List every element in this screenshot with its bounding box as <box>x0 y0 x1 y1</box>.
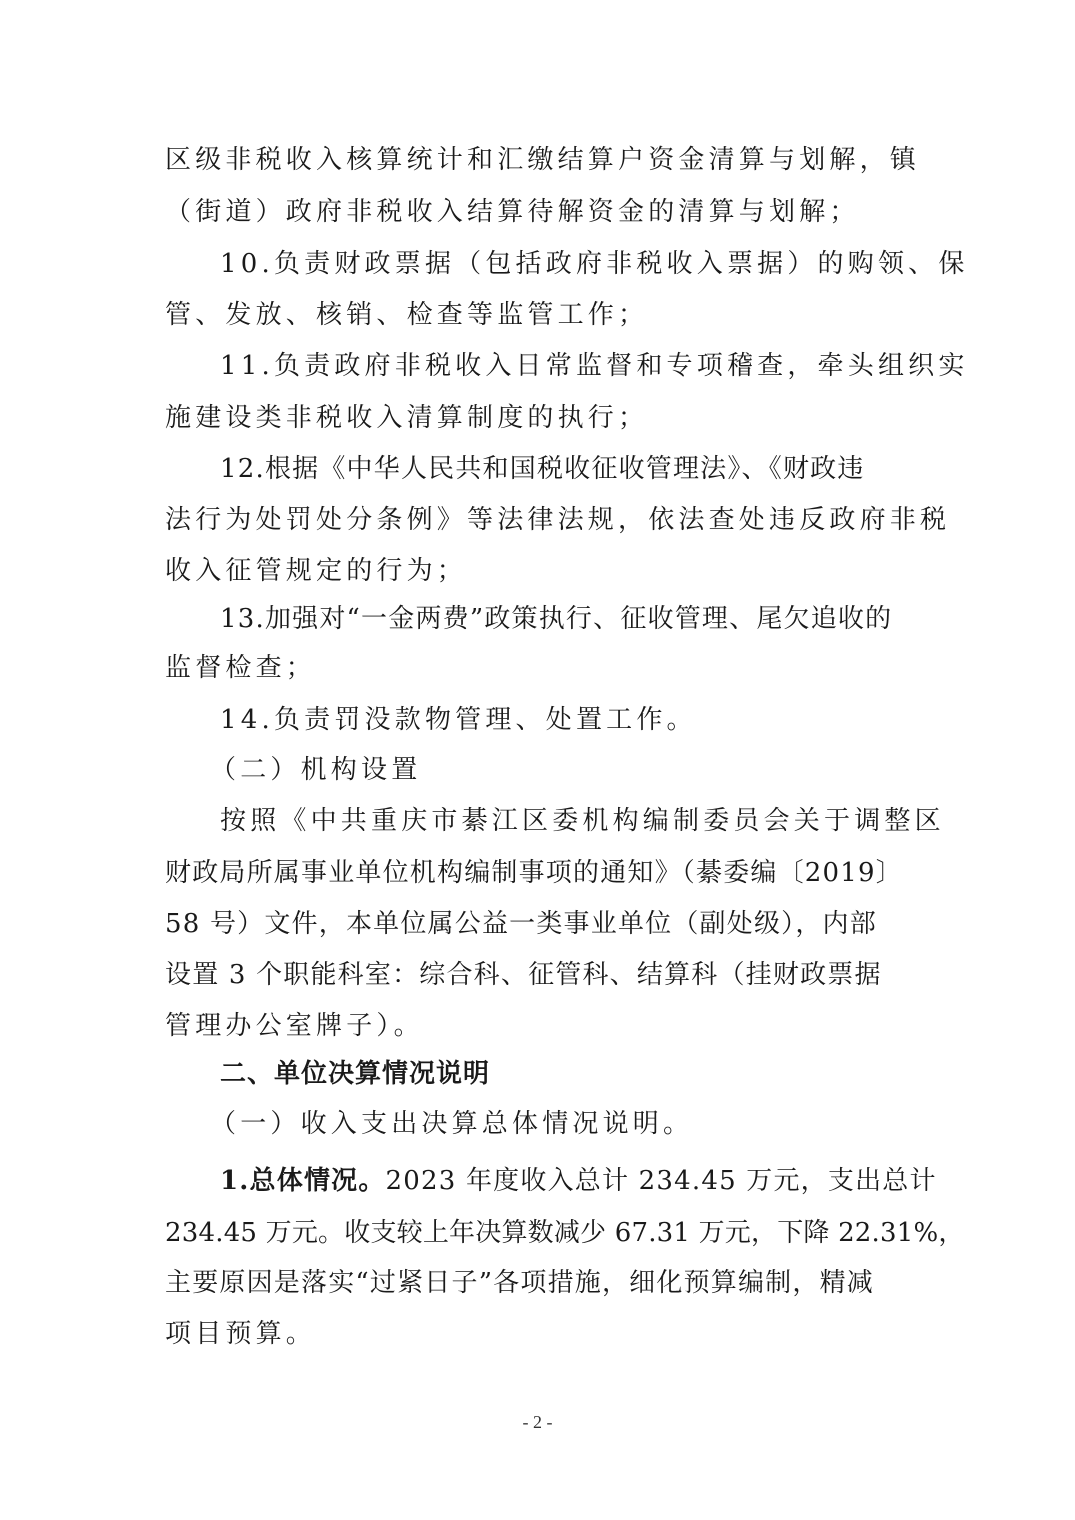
overall-paragraph-line: 1.总体情况。2023 年度收入总计 234.45 万元，支出总计 <box>220 1164 915 1198</box>
paragraph-line: 58 号）文件，本单位属公益一类事业单位（副处级），内部 <box>165 907 915 941</box>
item-12-line: 12.根据《中华人民共和国税收征收管理法》、《财政违 <box>220 452 915 486</box>
paragraph-line: 法行为处罚处分条例》等法律法规，依法查处违反政府非税 <box>165 503 915 537</box>
item-14-line: 14.负责罚没款物管理、处置工作。 <box>220 703 915 737</box>
paragraph-line: （街道）政府非税收入结算待解资金的清算与划解； <box>165 195 915 229</box>
section-heading-final-accounts: 二、单位决算情况说明 <box>220 1057 915 1091</box>
item-11-line: 11.负责政府非税收入日常监督和专项稽查，牵头组织实 <box>220 349 915 383</box>
paragraph-line: 施建设类非税收入清算制度的执行； <box>165 401 915 435</box>
paragraph-line: 按照《中共重庆市綦江区委机构编制委员会关于调整区 <box>220 804 915 838</box>
paragraph-line: 主要原因是落实“过紧日子”各项措施，细化预算编制，精减 <box>165 1266 915 1300</box>
paragraph-line: 项目预算。 <box>165 1317 915 1351</box>
subsection-heading-org-setup: （二）机构设置 <box>210 753 960 787</box>
paragraph-line: 监督检查； <box>165 651 915 685</box>
paragraph-line: 收入征管规定的行为； <box>165 554 915 588</box>
paragraph-line: 财政局所属事业单位机构编制事项的通知》（綦委编〔2019〕 <box>165 856 915 890</box>
paragraph-line: 区级非税收入核算统计和汇缴结算户资金清算与划解，镇 <box>165 143 915 177</box>
item-10-line: 10.负责财政票据（包括政府非税收入票据）的购领、保 <box>220 247 915 281</box>
item-13-line: 13.加强对“一金两费”政策执行、征收管理、尾欠追收的 <box>220 602 915 636</box>
paragraph-line: 管理办公室牌子）。 <box>165 1009 915 1043</box>
subsection-heading-income-expense: （一）收入支出决算总体情况说明。 <box>210 1107 960 1141</box>
paragraph-line: 234.45 万元。收支较上年决算数减少 67.31 万元，下降 22.31%， <box>165 1216 915 1250</box>
paragraph-line: 管、发放、核销、检查等监管工作； <box>165 298 915 332</box>
overall-text: 2023 年度收入总计 234.45 万元，支出总计 <box>386 1166 937 1196</box>
overall-label: 1.总体情况。 <box>220 1166 386 1196</box>
document-page: 区级非税收入核算统计和汇缴结算户资金清算与划解，镇 （街道）政府非税收入结算待解… <box>0 0 1075 1520</box>
paragraph-line: 设置 3 个职能科室：综合科、征管科、结算科（挂财政票据 <box>165 958 915 992</box>
page-number: - 2 - <box>0 1412 1075 1433</box>
